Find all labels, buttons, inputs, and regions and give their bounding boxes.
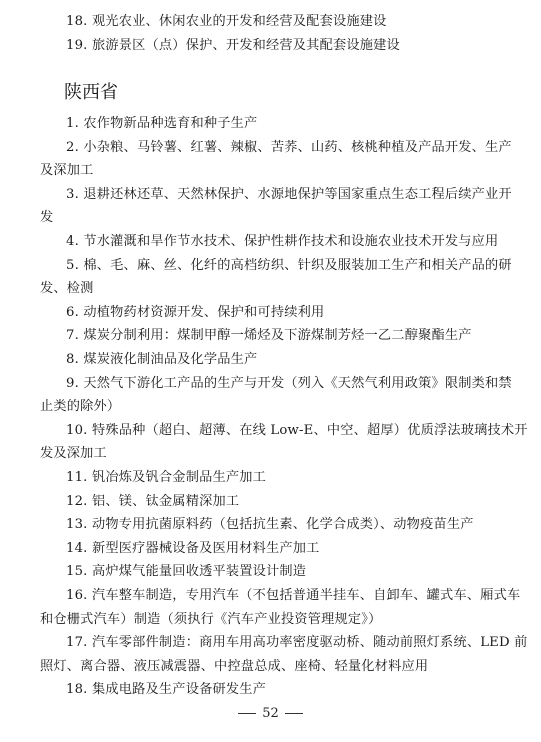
item-number: 8. — [66, 352, 79, 367]
item-number: 2. — [66, 140, 79, 155]
list-item: 6. 动植物药材资源开发、保护和可持续利用 — [66, 305, 501, 321]
item-text: 小杂粮、马铃薯、红薯、辣椒、苦荞、山药、核桃种植及产品开发、生产 — [83, 140, 511, 155]
list-item: 7. 煤炭分制利用：煤制甲醇一烯烃及下游煤制芳烃一乙二醇聚酯生产 — [66, 328, 501, 344]
list-item: 16. 汽车整车制造，专用汽车（不包括普通半挂车、自卸车、罐式车、厢式车 — [66, 588, 501, 604]
item-text: 发 — [40, 210, 53, 225]
list-item: 15. 高炉煤气能量回收透平装置设计制造 — [66, 564, 501, 580]
item-number: 13. — [66, 517, 88, 532]
item-text: 观光农业、休闲农业的开发和经营及配套设施建设 — [92, 14, 387, 29]
item-number: 4. — [66, 234, 79, 249]
item-number: 3. — [66, 187, 79, 202]
list-item-continuation: 止类的除外） — [40, 399, 501, 415]
item-text: 汽车整车制造，专用汽车（不包括普通半挂车、自卸车、罐式车、厢式车 — [92, 588, 520, 603]
list-item: 10. 特殊品种（超白、超薄、在线 Low-E、中空、超厚）优质浮法玻璃技术开 — [66, 423, 501, 439]
item-number: 14. — [66, 541, 88, 556]
list-item-continuation: 及深加工 — [40, 163, 501, 179]
item-number: 7. — [66, 328, 79, 343]
item-number: 5. — [66, 258, 79, 273]
list-item: 19. 旅游景区（点）保护、开发和经营及其配套设施建设 — [66, 38, 501, 54]
item-text: 集成电路及生产设备研发生产 — [92, 682, 266, 697]
list-item: 8. 煤炭液化制油品及化学品生产 — [66, 352, 501, 368]
item-text: 发及深加工 — [40, 446, 107, 461]
item-text: 退耕还林还草、天然林保护、水源地保护等国家重点生态工程后续产业开 — [83, 187, 511, 202]
list-item-continuation: 照灯、离合器、液压减震器、中控盘总成、座椅、轻量化材料应用 — [40, 659, 501, 675]
page-number: 52 — [262, 706, 279, 721]
item-text: 铝、镁、钛金属精深加工 — [92, 494, 239, 509]
item-number: 19. — [66, 38, 88, 53]
footer-dash-left — [238, 713, 256, 714]
list-item-continuation: 发、检测 — [40, 281, 501, 297]
item-text: 止类的除外） — [40, 399, 120, 414]
item-number: 18. — [66, 14, 88, 29]
item-text: 动植物药材资源开发、保护和可持续利用 — [83, 305, 324, 320]
list-item: 12. 铝、镁、钛金属精深加工 — [66, 494, 501, 510]
list-item: 11. 钒冶炼及钒合金制品生产加工 — [66, 470, 501, 486]
section-title: 陕西省 — [64, 82, 118, 104]
item-number: 1. — [66, 116, 79, 131]
item-number: 6. — [66, 305, 79, 320]
list-item-continuation: 发及深加工 — [40, 446, 501, 462]
item-text: 和仓栅式汽车）制造（须执行《汽车产业投资管理规定》） — [40, 612, 381, 627]
item-text: 发、检测 — [40, 281, 94, 296]
list-item: 9. 天然气下游化工产品的生产与开发（列入《天然气利用政策》限制类和禁 — [66, 376, 501, 392]
item-text: 农作物新品种选育和种子生产 — [83, 116, 257, 131]
list-item: 18. 集成电路及生产设备研发生产 — [66, 682, 501, 698]
list-item: 3. 退耕还林还草、天然林保护、水源地保护等国家重点生态工程后续产业开 — [66, 187, 501, 203]
item-text: 棉、毛、麻、丝、化纤的高档纺织、针织及服装加工生产和相关产品的研 — [83, 258, 511, 273]
list-item: 14. 新型医疗器械设备及医用材料生产加工 — [66, 541, 501, 557]
item-text: 旅游景区（点）保护、开发和经营及其配套设施建设 — [92, 38, 400, 53]
list-item: 17. 汽车零部件制造：商用车用高功率密度驱动桥、随动前照灯系统、LED 前 — [66, 635, 501, 651]
list-item: 1. 农作物新品种选育和种子生产 — [66, 116, 501, 132]
item-text: 照灯、离合器、液压减震器、中控盘总成、座椅、轻量化材料应用 — [40, 659, 428, 674]
item-number: 9. — [66, 376, 79, 391]
item-number: 10. — [66, 423, 88, 438]
item-number: 11. — [66, 470, 88, 485]
item-text: 新型医疗器械设备及医用材料生产加工 — [92, 541, 320, 556]
list-item-continuation: 和仓栅式汽车）制造（须执行《汽车产业投资管理规定》） — [40, 612, 501, 628]
item-number: 15. — [66, 564, 88, 579]
list-item: 5. 棉、毛、麻、丝、化纤的高档纺织、针织及服装加工生产和相关产品的研 — [66, 258, 501, 274]
item-text: 天然气下游化工产品的生产与开发（列入《天然气利用政策》限制类和禁 — [83, 376, 511, 391]
item-number: 17. — [66, 635, 88, 650]
item-text: 节水灌溉和旱作节水技术、保护性耕作技术和设施农业技术开发与应用 — [83, 234, 498, 249]
page-footer: 52 — [0, 706, 541, 721]
list-item: 2. 小杂粮、马铃薯、红薯、辣椒、苦荞、山药、核桃种植及产品开发、生产 — [66, 140, 501, 156]
list-item: 18. 观光农业、休闲农业的开发和经营及配套设施建设 — [66, 14, 501, 30]
footer-dash-right — [285, 713, 303, 714]
item-number: 18. — [66, 682, 88, 697]
item-text: 动物专用抗菌原料药（包括抗生素、化学合成类）、动物疫苗生产 — [92, 517, 474, 532]
item-text: 特殊品种（超白、超薄、在线 Low-E、中空、超厚）优质浮法玻璃技术开 — [92, 423, 528, 438]
item-text: 高炉煤气能量回收透平装置设计制造 — [92, 564, 306, 579]
item-text: 钒冶炼及钒合金制品生产加工 — [92, 470, 266, 485]
item-text: 汽车零部件制造：商用车用高功率密度驱动桥、随动前照灯系统、LED 前 — [92, 635, 528, 650]
item-text: 及深加工 — [40, 163, 94, 178]
item-number: 16. — [66, 588, 88, 603]
item-number: 12. — [66, 494, 88, 509]
item-text: 煤炭液化制油品及化学品生产 — [83, 352, 257, 367]
item-text: 煤炭分制利用：煤制甲醇一烯烃及下游煤制芳烃一乙二醇聚酯生产 — [83, 328, 471, 343]
list-item: 13. 动物专用抗菌原料药（包括抗生素、化学合成类）、动物疫苗生产 — [66, 517, 501, 533]
list-item-continuation: 发 — [40, 210, 501, 226]
list-item: 4. 节水灌溉和旱作节水技术、保护性耕作技术和设施农业技术开发与应用 — [66, 234, 501, 250]
